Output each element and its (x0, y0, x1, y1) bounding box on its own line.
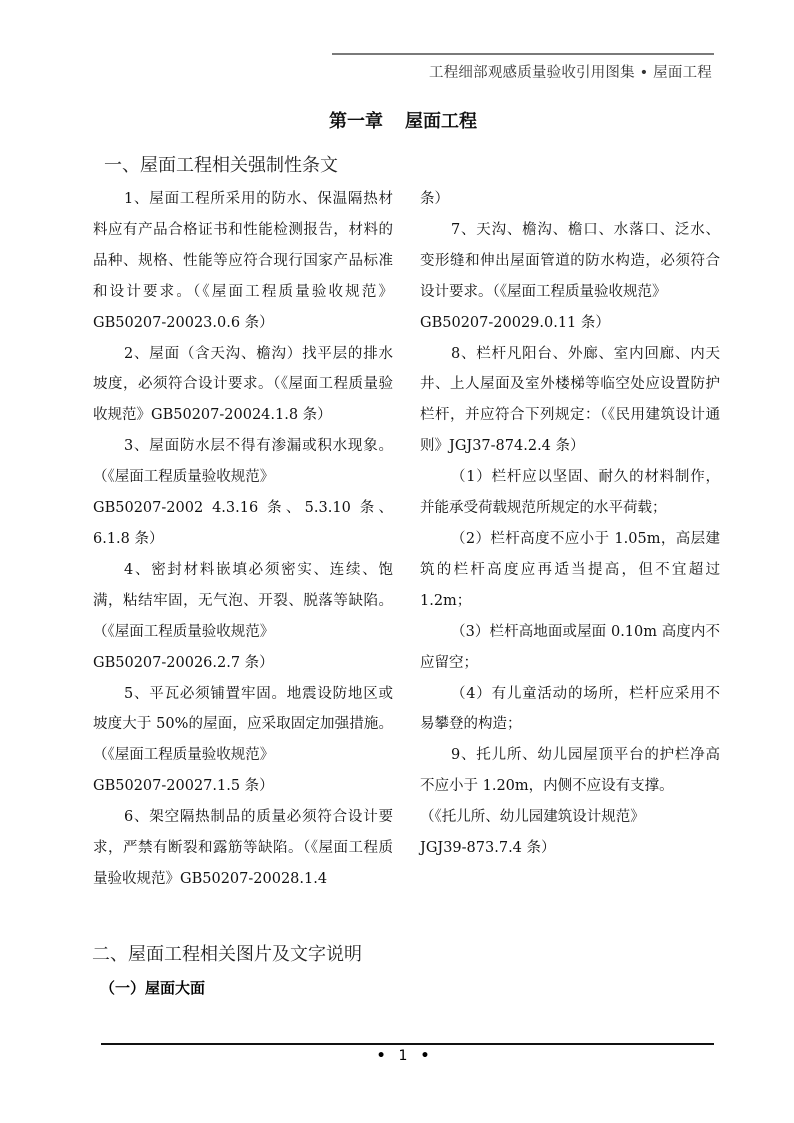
page-number-footer: •1• (0, 1048, 794, 1064)
section-heading-2: 二、屋面工程相关图片及文字说明 (92, 940, 362, 966)
running-header: 工程细部观感质量验收引用图集 • 屋面工程 (429, 61, 712, 82)
chapter-name: 屋面工程 (405, 111, 477, 132)
header-rule (332, 53, 714, 55)
chapter-number: 第一章 (329, 111, 383, 132)
clause-8-item-1: （1）栏杆应以坚固、耐久的材料制作，并能承受荷载规范所规定的水平荷载； (420, 462, 720, 524)
subsection-heading-roof-surface: （一）屋面大面 (100, 977, 205, 998)
clause-8-item-4: （4）有儿童活动的场所，栏杆应采用不易攀登的构造； (420, 679, 720, 741)
clause-9-source: （《托儿所、幼儿园建筑设计规范》 (420, 802, 720, 833)
clause-5: 5、平瓦必须铺置牢固。地震设防地区或坡度大于 50%的屋面，应采取固定加强措施。… (93, 679, 393, 772)
clause-8-item-3: （3）栏杆高地面或屋面 0.10m 高度内不应留空； (420, 617, 720, 679)
clause-3-ref: GB50207-2002 4.3.16 条、5.3.10 条、6.1.8 条） (93, 493, 393, 555)
clause-9: 9、托儿所、幼儿园屋顶平台的护栏净高不应小于 1.20m，内侧不应设有支撑。 (420, 740, 720, 802)
clause-4: 4、密封材料嵌填必须密实、连续、饱满，粘结牢固，无气泡、开裂、脱落等缺陷。（《屋… (93, 555, 393, 648)
clause-8-item-2: （2）栏杆高度不应小于 1.05m，高层建筑的栏杆高度应再适当提高，但不宜超过 … (420, 524, 720, 617)
clause-5-ref: GB50207-20027.1.5 条） (93, 771, 393, 802)
clause-7-ref: GB50207-20029.0.11 条） (420, 308, 720, 339)
section-heading-1: 一、屋面工程相关强制性条文 (104, 151, 338, 177)
clause-4-ref: GB50207-20026.2.7 条） (93, 648, 393, 679)
page-number: 1 (399, 1048, 408, 1064)
clause-7: 7、天沟、檐沟、檐口、水落口、泛水、变形缝和伸出屋面管道的防水构造，必须符合设计… (420, 215, 720, 308)
footer-rule (101, 1043, 714, 1045)
clause-2: 2、屋面（含天沟、檐沟）找平层的排水坡度，必须符合设计要求。（《屋面工程质量验收… (93, 339, 393, 432)
clause-6: 6、架空隔热制品的质量必须符合设计要求，严禁有断裂和露筋等缺陷。（《屋面工程质量… (93, 802, 393, 895)
clause-3: 3、屋面防水层不得有渗漏或积水现象。（《屋面工程质量验收规范》 (93, 431, 393, 493)
clause-8: 8、栏杆凡阳台、外廊、室内回廊、内天井、上人屋面及室外楼梯等临空处应设置防护栏杆… (420, 339, 720, 463)
clause-9-ref: JGJ39-873.7.4 条） (420, 833, 720, 864)
right-column: 条） 7、天沟、檐沟、檐口、水落口、泛水、变形缝和伸出屋面管道的防水构造，必须符… (420, 184, 720, 864)
left-column: 1、屋面工程所采用的防水、保温隔热材料应有产品合格证书和性能检测报告，材料的品种… (93, 184, 393, 895)
clause-6-continued: 条） (420, 184, 720, 215)
chapter-title: 第一章屋面工程 (0, 107, 794, 133)
clause-1: 1、屋面工程所采用的防水、保温隔热材料应有产品合格证书和性能检测报告，材料的品种… (93, 184, 393, 339)
bullet-right: • (420, 1048, 429, 1064)
bullet-left: • (377, 1048, 386, 1064)
